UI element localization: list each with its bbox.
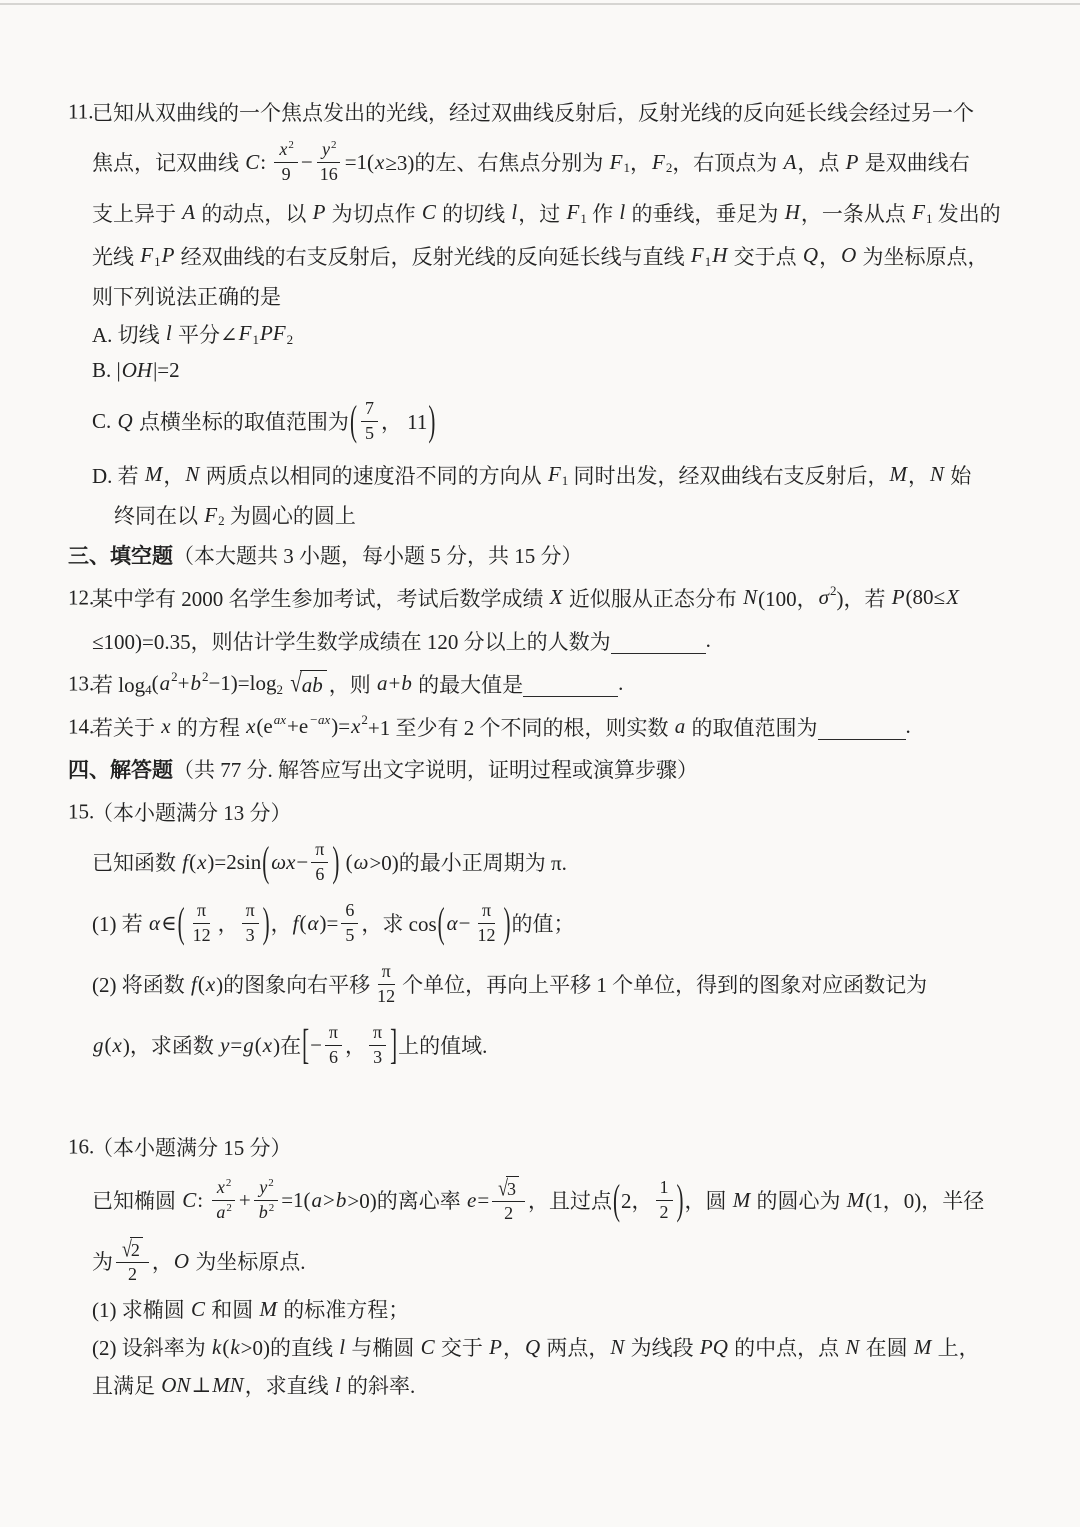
q11-line-5: 则下列说法正确的是: [92, 277, 1052, 315]
q16-intro-line-2: 为√22，O 为坐标原点.: [92, 1232, 1052, 1290]
q15-part-2-line-2: g(x)，求函数 y=g(x)在[−π6，π3]上的值域.: [92, 1013, 1052, 1077]
question-13: 13.若 log4(a2+b2−1)=log2 √ab，则 a+b 的最大值是.: [92, 662, 1052, 705]
q11-option-d-line-2: 终同在以 F2 为圆心的圆上: [92, 496, 1052, 534]
big-bracket: ): [332, 841, 339, 883]
sqrt-expression: √2: [122, 1237, 143, 1261]
q16-intro-line-1: 已知椭圆 C: x2a2+y2b2=1(a>b>0)的离心率 e=√32，且过点…: [92, 1168, 1052, 1232]
q15-part-2-line-1: (2) 将函数 f(x)的图象向右平移π12个单位，再向上平移 1 个单位，得到…: [92, 955, 1052, 1013]
q14-line-1: 14.若关于 x 的方程 x(eax+e−ax)=x2+1 至少有 2 个不同的…: [92, 705, 1052, 748]
fraction: π12: [373, 961, 399, 1006]
fraction: x2a2: [211, 1177, 236, 1222]
question-15: 15.（本小题满分 13 分） 已知函数 f(x)=2sin(ωx−π6) (ω…: [92, 790, 1052, 1077]
fraction: √32: [492, 1176, 525, 1224]
fraction: y216: [316, 139, 342, 184]
fraction: y2b2: [254, 1177, 279, 1222]
question-number: 16.: [68, 1134, 94, 1159]
q11-option-d-line-1: D. 若 M，N 两质点以相同的速度沿不同的方向从 F1 同时出发，经双曲线右支…: [92, 453, 1052, 496]
big-bracket: ): [428, 400, 435, 442]
q11-option-a: A. 切线 l 平分∠F1PF2: [92, 315, 1052, 352]
fraction: π12: [474, 900, 500, 945]
answer-blank: [611, 635, 706, 654]
big-bracket: ): [263, 902, 270, 944]
q12-line-2: ≤100)=0.35，则估计学生数学成绩在 120 分以上的人数为.: [92, 619, 1052, 662]
answer-blank: [523, 678, 618, 697]
q16-part-2-line-1: (2) 设斜率为 k(k>0)的直线 l 与椭圆 C 交于 P，Q 两点，N 为…: [92, 1328, 1052, 1366]
fraction: 12: [656, 1177, 673, 1222]
question-number: 14.: [68, 714, 94, 739]
q13-line-1: 13.若 log4(a2+b2−1)=log2 √ab，则 a+b 的最大值是.: [92, 662, 1052, 705]
fraction: √22: [116, 1237, 149, 1285]
question-12: 12.某中学有 2000 名学生参加考试，考试后数学成绩 X 近似服从正态分布 …: [92, 576, 1052, 662]
fraction: π12: [189, 900, 215, 945]
question-11: 11.已知从双曲线的一个焦点发出的光线，经过双曲线反射后，反射光线的反向延长线会…: [92, 90, 1052, 534]
q11-option-b: B. |OH|=2: [92, 352, 1052, 389]
section-3-header: 三、填空题（本大题共 3 小题，每小题 5 分，共 15 分）: [68, 534, 1052, 576]
q16-part-1: (1) 求椭圆 C 和圆 M 的标准方程；: [92, 1290, 1052, 1328]
exam-page: 11.已知从双曲线的一个焦点发出的光线，经过双曲线反射后，反射光线的反向延长线会…: [0, 0, 1080, 1527]
q11-line-2: 焦点，记双曲线 C: x29−y216=1(x≥3)的左、右焦点分别为 F1，F…: [92, 133, 1052, 191]
big-bracket: ): [504, 902, 511, 944]
question-16: 16.（本小题满分 15 分） 已知椭圆 C: x2a2+y2b2=1(a>b>…: [92, 1125, 1052, 1404]
q11-line-3: 支上异于 A 的动点，以 P 为切点作 C 的切线 l，过 F1 作 l 的垂线…: [92, 191, 1052, 234]
big-bracket: ): [677, 1179, 684, 1221]
fraction: π6: [325, 1022, 342, 1067]
question-number: 12.: [68, 585, 94, 610]
answer-blank: [818, 721, 906, 740]
big-bracket: (: [350, 400, 357, 442]
big-bracket: (: [438, 902, 445, 944]
q12-line-1: 12.某中学有 2000 名学生参加考试，考试后数学成绩 X 近似服从正态分布 …: [92, 576, 1052, 619]
question-14: 14.若关于 x 的方程 x(eax+e−ax)=x2+1 至少有 2 个不同的…: [92, 705, 1052, 748]
sqrt-expression: √ab: [290, 670, 327, 698]
q11-option-c: C. Q 点横坐标的取值范围为(75， 11): [92, 389, 1052, 453]
big-bracket: (: [613, 1179, 620, 1221]
fraction: 75: [361, 398, 378, 443]
big-bracket: (: [262, 841, 269, 883]
fraction: 65: [341, 900, 358, 945]
fraction: x29: [274, 139, 298, 184]
big-bracket: (: [178, 902, 185, 944]
big-bracket: ]: [390, 1024, 397, 1066]
q15-part-1: (1) 若 α∈(π12，π3)，f(α)=65，求 cos(α−π12)的值；: [92, 891, 1052, 955]
q11-line-4: 光线 F1P 经双曲线的右支反射后，反射光线的反向延长线与直线 F1H 交于点 …: [92, 234, 1052, 277]
q11-line-1: 11.已知从双曲线的一个焦点发出的光线，经过双曲线反射后，反射光线的反向延长线会…: [92, 90, 1052, 133]
sqrt-expression: √3: [498, 1176, 519, 1200]
q15-title: 15.（本小题满分 13 分）: [92, 790, 1052, 833]
fraction: π3: [369, 1022, 386, 1067]
big-bracket: [: [302, 1024, 309, 1066]
q16-title: 16.（本小题满分 15 分）: [92, 1125, 1052, 1168]
q15-intro: 已知函数 f(x)=2sin(ωx−π6) (ω>0)的最小正周期为 π.: [92, 833, 1052, 891]
page-content: 11.已知从双曲线的一个焦点发出的光线，经过双曲线反射后，反射光线的反向延长线会…: [0, 0, 1080, 1404]
question-number: 15.: [68, 799, 94, 824]
scan-edge-artifact: [0, 3, 1080, 5]
question-number: 11.: [68, 99, 93, 124]
q16-part-2-line-2: 且满足 ON⊥MN，求直线 l 的斜率.: [92, 1366, 1052, 1404]
fraction: π3: [242, 900, 259, 945]
question-number: 13.: [68, 671, 94, 696]
fraction: π6: [311, 839, 328, 884]
section-4-header: 四、解答题（共 77 分. 解答应写出文字说明，证明过程或演算步骤）: [68, 748, 1052, 790]
